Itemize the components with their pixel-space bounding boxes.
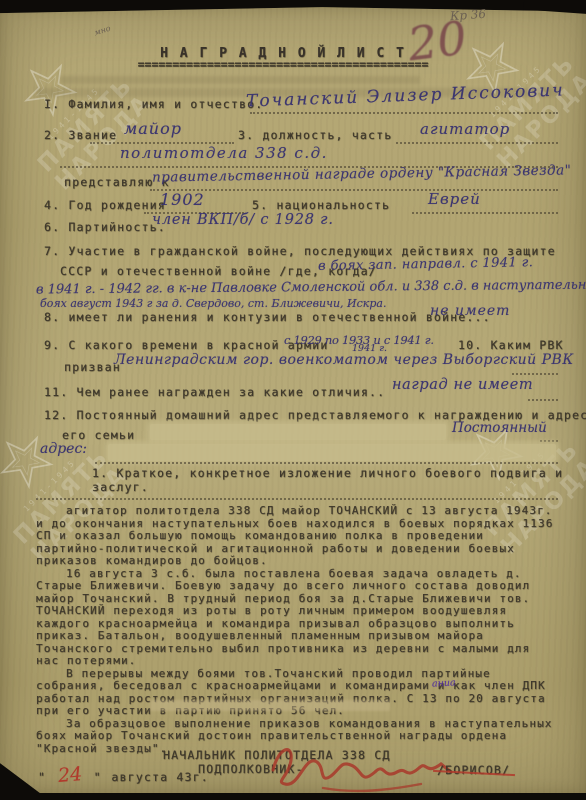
field-rank-value: майор: [124, 119, 182, 138]
redacted-area: [150, 424, 446, 440]
field-rvk-value: Ленинградским гор. военкоматом через Выб…: [114, 352, 574, 368]
field-rvk-label-2: призван: [64, 360, 121, 374]
section-heading: 1. Краткое, конкретное изложение личного…: [92, 466, 563, 480]
citation-paragraph: 16 августа 3 с.б. была поставлена боевая…: [36, 568, 560, 668]
field-birthyear-label: 4. Год рождения: [44, 198, 166, 212]
field-rvk-note: 1941 г.: [352, 343, 387, 354]
signature-scribble: [265, 736, 455, 796]
section-heading-2: заслуг.: [92, 480, 149, 494]
field-address-label-2: его семьи: [62, 428, 135, 442]
dotted-leader: [150, 189, 558, 191]
field-nationality-label: 5. национальность: [252, 198, 390, 212]
dotted-leader: [250, 112, 558, 114]
field-nationality-value: Еврей: [428, 190, 481, 208]
dotted-leader: [540, 440, 558, 442]
dotted-leader: [512, 373, 558, 375]
field-party-value: член ВКП/б/ с 1928 г.: [152, 212, 334, 228]
field-previous-awards-value: наград не имеет: [392, 377, 533, 393]
dotted-rule: [95, 462, 558, 464]
field-wounds-label: 8. имеет ли ранения и контузии в отечест…: [44, 310, 491, 324]
date-day-handwritten: 24: [57, 763, 83, 787]
date-quote-open: ": [38, 770, 46, 784]
redacted-area: [108, 444, 556, 461]
field-rank-label: 2. Звание: [44, 128, 117, 142]
field-address-value-1: Постоянный: [452, 420, 547, 436]
purple-ink-annotation: аниа: [432, 677, 456, 689]
dotted-leader: [396, 142, 558, 144]
dotted-rule: [36, 498, 558, 500]
field-party-label: 6. Партийность.: [44, 220, 166, 234]
title-underline: ========================================…: [128, 57, 438, 71]
citation-text: агитатор политотдела 338 СД майор ТОЧАНС…: [36, 505, 560, 755]
dotted-leader: [528, 399, 558, 401]
field-position-label: 3. должность, часть: [238, 128, 392, 142]
date-month-year: августа 43г.: [111, 770, 208, 784]
award-sheet-scan: 1941-1945 ПАМЯТЬ НАРОДА 1941-1945 ПАМЯТЬ…: [0, 0, 586, 800]
date-quote-close: ": [94, 770, 102, 784]
field-birthyear-value: 1902: [160, 190, 205, 209]
dotted-leader: [412, 212, 558, 214]
field-war-participation-value-3: боях август 1943 г за д. Свердово, ст. Б…: [40, 297, 386, 310]
field-rvk-label: 10. Каким РВК: [458, 338, 564, 352]
field-previous-awards-label: 11. Чем ранее награжден за какие отличия…: [44, 385, 385, 399]
field-position-value: агитатор: [420, 120, 510, 138]
date-line: " 24 " августа 43г.: [38, 764, 209, 786]
field-wounds-value: не имеет: [430, 303, 510, 319]
citation-paragraph: агитатор политотдела 338 СД майор ТОЧАНС…: [36, 505, 560, 568]
ink-smudge: [60, 76, 420, 84]
field-name-label: I. Фамилия, имя и отчество.: [44, 97, 263, 111]
field-position-value-2: политотдела 338 с.д.: [120, 144, 328, 162]
ink-smudge: [150, 700, 390, 711]
field-address-value-2: адрес:: [40, 441, 87, 457]
